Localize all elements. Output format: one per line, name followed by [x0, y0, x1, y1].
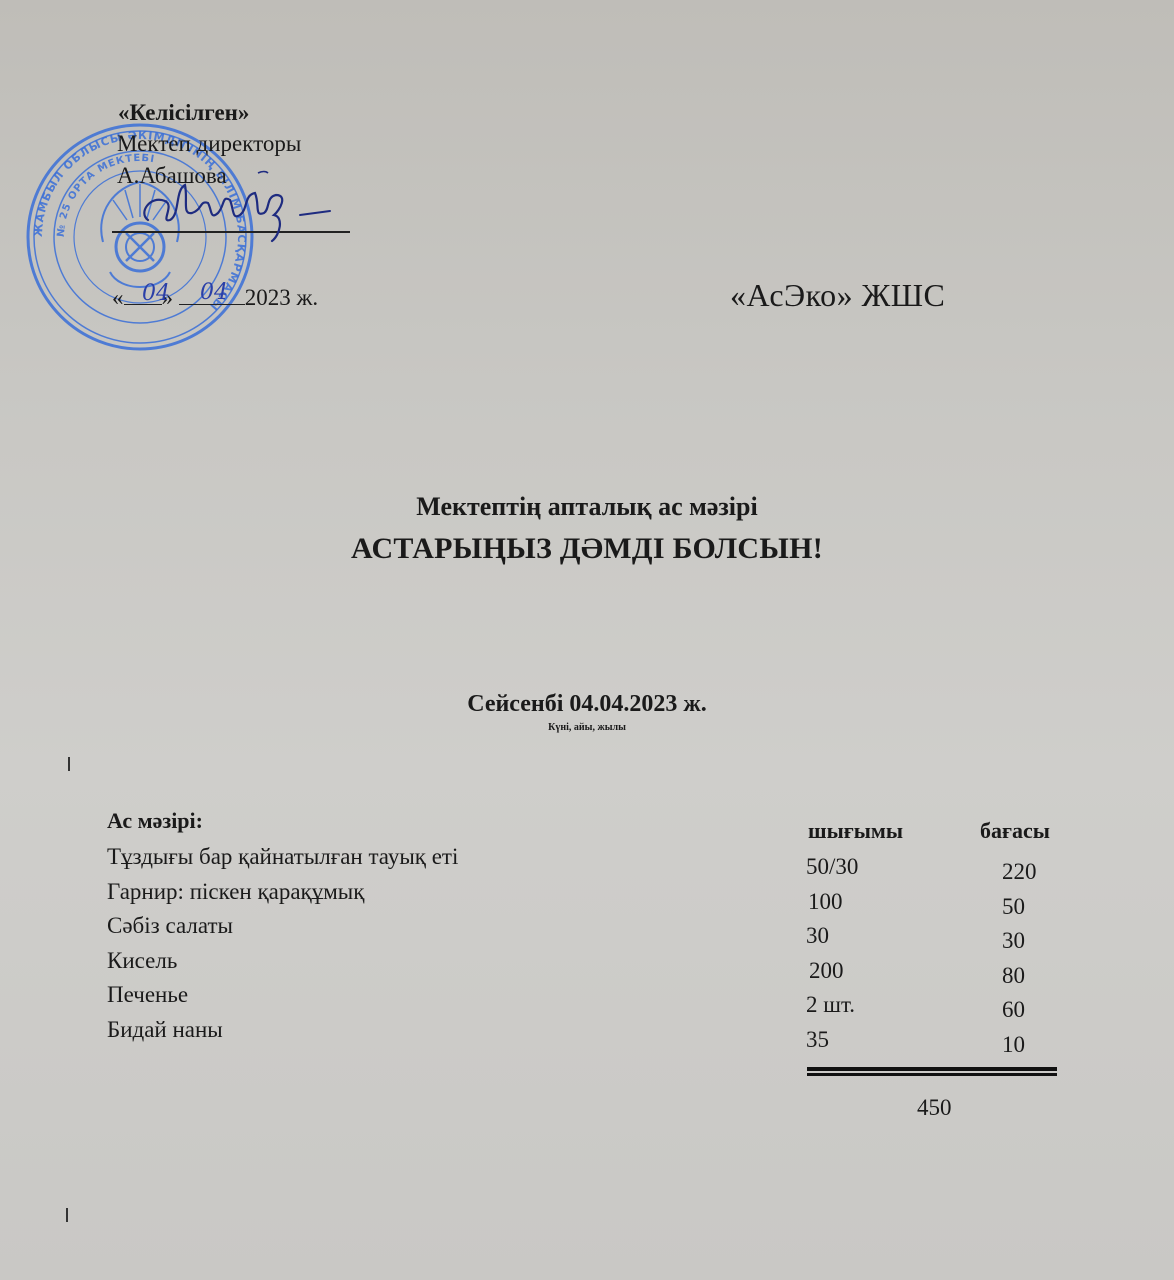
yield-column-header: шығымы — [808, 818, 903, 844]
menu-item-name: Гарнир: піскен қарақұмық — [107, 875, 458, 910]
menu-document: ЖАМБЫЛ ОБЛЫСЫ ӘКІМДІГІНІҢ БІЛІМ БАСҚАРМА… — [0, 0, 1174, 1280]
date-open-quote: « — [112, 285, 124, 310]
menu-item-price: 60 — [1002, 993, 1037, 1028]
signature-icon — [130, 165, 350, 245]
menu-date: Сейсенбі 04.04.2023 ж. — [0, 691, 1174, 718]
company-name: «АсЭко» ЖШС — [730, 277, 945, 314]
menu-item-name: Тұздығы бар қайнатылған тауық еті — [107, 840, 458, 875]
page-title: Мектептің апталық ас мәзірі — [0, 492, 1174, 522]
menu-item-name: Бидай наны — [107, 1013, 458, 1048]
menu-item-yield: 50/30 — [806, 850, 858, 885]
menu-item-price: 10 — [1002, 1028, 1037, 1063]
menu-item-price: 220 — [1002, 855, 1037, 890]
menu-item-yield: 200 — [809, 954, 858, 989]
menu-item-price: 50 — [1002, 890, 1037, 925]
handwritten-day: 04 — [142, 281, 170, 306]
menu-item-yield: 30 — [806, 919, 858, 954]
menu-item-price: 80 — [1002, 959, 1037, 994]
price-column-header: бағасы — [980, 818, 1050, 844]
margin-mark — [66, 1208, 68, 1222]
total-divider — [807, 1067, 1057, 1076]
margin-mark — [68, 757, 70, 771]
handwritten-month: 04 — [200, 280, 228, 305]
menu-item-yield: 35 — [806, 1023, 858, 1058]
menu-item-list: Тұздығы бар қайнатылған тауық еті Гарнир… — [107, 840, 458, 1047]
director-position: Мектеп директоры — [117, 131, 301, 157]
menu-heading: Ас мәзірі: — [107, 808, 203, 834]
page-subtitle: АСТАРЫҢЫЗ ДӘМДІ БОЛСЫН! — [0, 532, 1174, 566]
approval-heading: «Келісілген» — [118, 100, 249, 126]
date-year: 2023 ж. — [245, 285, 318, 310]
yield-column: 50/30 100 30 200 2 шт. 35 — [806, 850, 858, 1057]
menu-date-caption: Күні, айы, жылы — [0, 722, 1174, 733]
menu-item-yield: 2 шт. — [806, 988, 858, 1023]
menu-item-name: Сәбіз салаты — [107, 909, 458, 944]
total-price: 450 — [917, 1095, 952, 1121]
menu-item-name: Печенье — [107, 978, 458, 1013]
menu-item-name: Кисель — [107, 944, 458, 979]
menu-item-yield: 100 — [808, 885, 858, 920]
price-column: 220 50 30 80 60 10 — [1002, 855, 1037, 1062]
menu-item-price: 30 — [1002, 924, 1037, 959]
